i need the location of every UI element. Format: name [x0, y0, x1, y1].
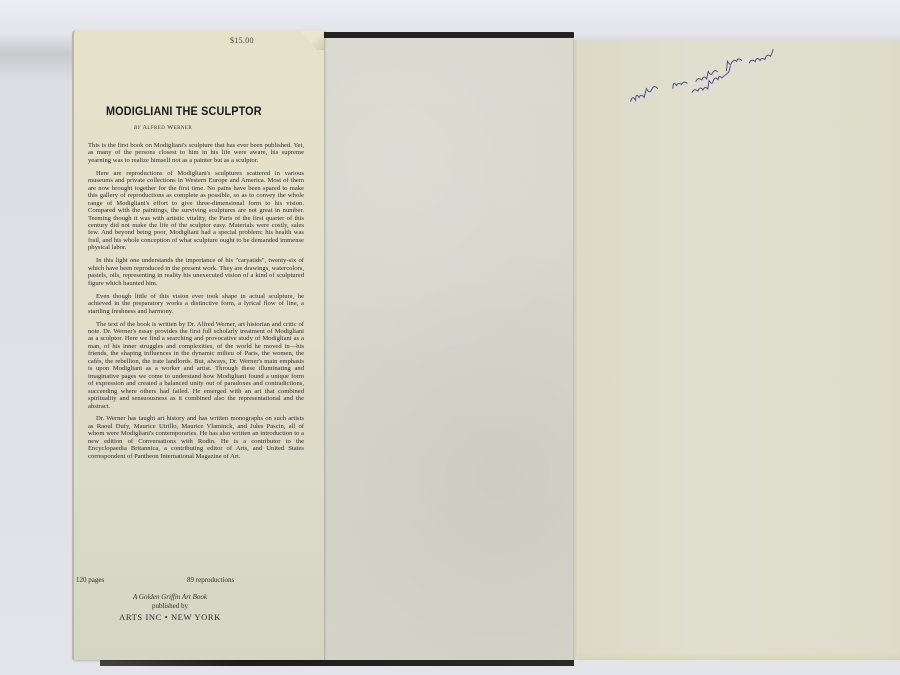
- page-count: 120 pages: [76, 576, 104, 584]
- flap-description: This is the first book on Modigliani's s…: [88, 142, 304, 466]
- paragraph: Even though little of this vision ever t…: [88, 293, 304, 315]
- author-name: Alfred Werner: [142, 124, 192, 131]
- cover-edge-top: [318, 32, 574, 38]
- book-title: MODIGLIANI THE SCULPTOR: [106, 104, 277, 118]
- price-label: $15.00: [230, 36, 254, 45]
- publisher-imprint: A Golden Griffin Art Book published by A…: [100, 592, 240, 623]
- front-endpaper: [322, 37, 574, 663]
- publisher-name: ARTS INC • NEW YORK: [100, 611, 240, 623]
- paragraph: This is the first book on Modigliani's s…: [88, 142, 304, 164]
- paragraph: Here are reproductions of Modigliani's s…: [88, 170, 304, 252]
- reproduction-count: 89 reproductions: [187, 576, 234, 584]
- paragraph: In this light one understands the import…: [88, 257, 304, 287]
- series-name: A Golden Griffin Art Book: [100, 592, 240, 602]
- byline-prefix: by: [134, 124, 141, 131]
- byline: by Alfred Werner: [134, 124, 192, 131]
- paragraph: Dr. Werner has taught art history and ha…: [88, 415, 304, 460]
- cover-edge-bottom: [100, 660, 574, 666]
- published-by-label: published by: [100, 602, 240, 611]
- back-cover-board: [572, 40, 900, 660]
- paragraph: The text of the book is written by Dr. A…: [88, 321, 304, 410]
- paper-texture: [323, 37, 573, 663]
